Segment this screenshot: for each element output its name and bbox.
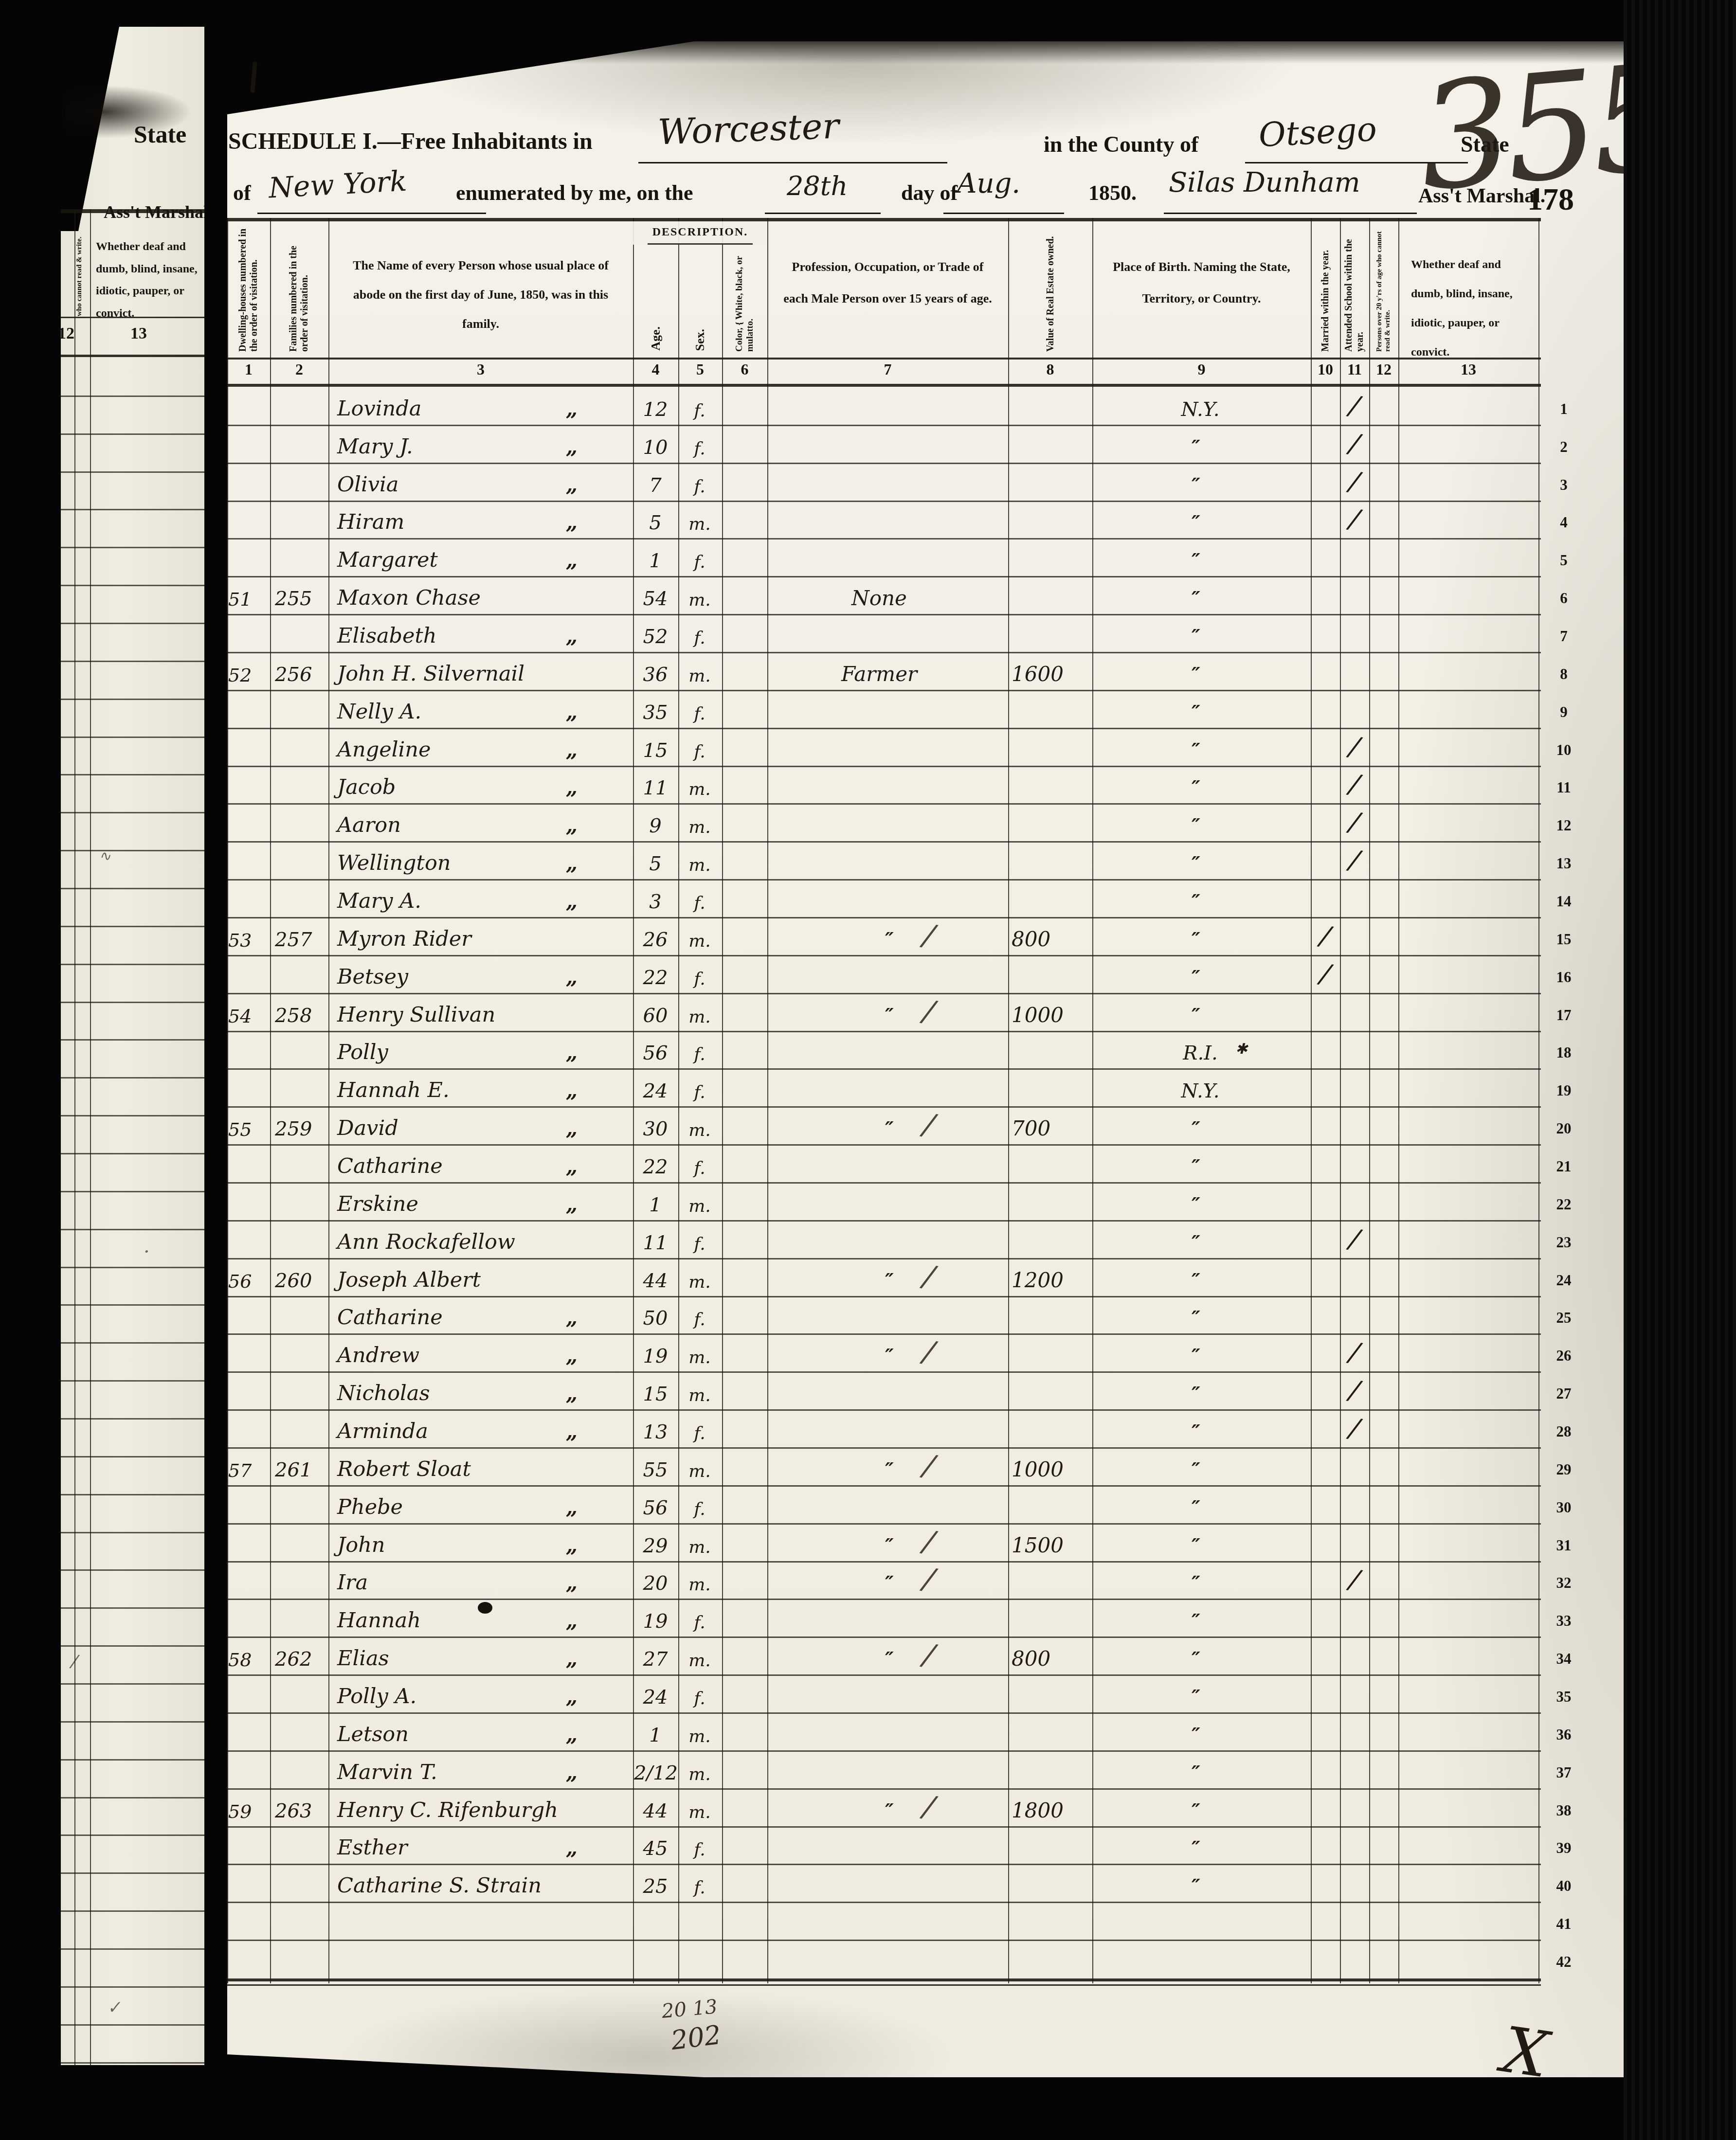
cell-school-mark: / (1338, 729, 1372, 765)
cell-sex: f. (678, 1878, 721, 1898)
fragment-row-line (61, 926, 204, 927)
census-row: Nelly A.„35f.″9 (227, 690, 1624, 728)
cell-name: Polly A. (337, 1684, 416, 1708)
line-number: 18 (1538, 1044, 1589, 1061)
cell-age: 44 (634, 1800, 677, 1822)
cell-birthplace-ditto: ″ (1192, 966, 1200, 989)
cell-dwelling-number: 53 (228, 930, 252, 951)
header-cell-12: Persons over 20 y'rs of age who cannot r… (1369, 222, 1398, 354)
day-of-label: day of (901, 180, 958, 205)
cell-name-ditto: „ (566, 1420, 578, 1443)
cell-name-ditto: „ (566, 624, 578, 648)
fragment-row-line (61, 1115, 204, 1116)
cell-name: Joseph Albert (337, 1268, 481, 1292)
fragment-row-line (61, 1910, 204, 1912)
cell-age: 11 (634, 777, 677, 799)
cell-birthplace-ditto: ″ (1192, 890, 1200, 913)
underline (257, 213, 486, 214)
cell-name-ditto: „ (566, 1571, 578, 1595)
cell-birthplace-ditto: ″ (1192, 928, 1200, 951)
cell-birthplace-ditto: ″ (1192, 436, 1200, 459)
torn-corner-top-left (227, 41, 694, 114)
census-row: 56260Joseph Albert44m.″/1200″24 (227, 1258, 1624, 1296)
line-number: 33 (1538, 1612, 1589, 1630)
cell-age: 15 (634, 1383, 677, 1405)
line-number: 5 (1538, 552, 1589, 569)
cell-birthplace-ditto: ″ (1192, 1269, 1200, 1292)
header-text: The Name of every Person whose usual pla… (328, 251, 633, 338)
cell-occupation-ditto: ″ (885, 1458, 894, 1481)
cell-age: 11 (634, 1232, 677, 1254)
census-row: Ira„20m.″/″/32 (227, 1561, 1624, 1599)
cell-name-ditto: „ (566, 1306, 578, 1330)
cell-birthplace-ditto: ″ (1192, 1496, 1200, 1519)
cell-name-ditto: „ (566, 738, 578, 762)
cell-name: Jacob (337, 775, 396, 799)
census-row: 41 (227, 1902, 1624, 1940)
cell-age: 19 (634, 1610, 677, 1633)
header-vertical-text: Persons over 20 y'rs of age who cannot r… (1375, 225, 1392, 352)
cell-age: 30 (634, 1118, 677, 1140)
column-number-9: 9 (1092, 360, 1311, 378)
cell-name-ditto: „ (566, 1192, 578, 1216)
line-number: 7 (1538, 628, 1589, 645)
cell-birthplace-ditto: ″ (1192, 1307, 1200, 1330)
header-cell-11: Attended School within the year. (1340, 222, 1369, 354)
cell-name-ditto: „ (566, 1533, 578, 1557)
line-number: 37 (1538, 1764, 1589, 1781)
cell-age: 24 (634, 1080, 677, 1102)
fragment-row-line (61, 2024, 204, 2026)
fragment-row-line (61, 396, 204, 397)
census-row: Margaret„1f.″5 (227, 538, 1624, 576)
cell-sex: f. (678, 742, 721, 762)
cell-family-number: 257 (275, 929, 312, 951)
line-number: 4 (1538, 514, 1589, 531)
census-row: 55259David„30m.″/700″20 (227, 1106, 1624, 1144)
cell-family-number: 256 (275, 664, 312, 686)
header-cell-5: Sex. (678, 245, 722, 354)
cell-name: John H. Silvernail (337, 662, 524, 686)
fragment-row-line (61, 547, 204, 548)
census-row: 59263Henry C. Rifenburgh44m.″/1800″38 (227, 1788, 1624, 1826)
header-text: Profession, Occupation, or Trade of each… (767, 251, 1008, 314)
cell-school-mark: / (1338, 426, 1372, 462)
cell-age: 29 (634, 1535, 677, 1557)
cell-name-ditto: „ (566, 1609, 578, 1633)
cell-dwelling-number: 58 (228, 1649, 252, 1671)
line-number: 28 (1538, 1423, 1589, 1440)
cell-birthplace-ditto: ″ (1192, 1648, 1200, 1671)
census-row: Andrew„19m.″/″/26 (227, 1333, 1624, 1371)
cell-name: Nelly A. (337, 700, 421, 724)
fragment-row-line (61, 812, 204, 813)
cell-married-mark: / (1308, 956, 1342, 992)
cell-name: Andrew (337, 1343, 419, 1367)
fragment-row-line (61, 1002, 204, 1003)
township-name: Worcester (657, 106, 840, 153)
census-row: 52256John H. Silvernail36m.Farmer1600″8 (227, 652, 1624, 690)
cell-name: Lovinda (337, 396, 421, 421)
cell-age: 10 (634, 436, 677, 459)
header-vertical-text: Attended School within the year. (1343, 225, 1366, 352)
grid-hline (227, 218, 1541, 221)
cell-occupation-slash: / (921, 1561, 937, 1598)
cell-sex: f. (678, 1082, 721, 1102)
cell-real-estate-value: 1600 (1012, 662, 1064, 686)
cell-occupation-ditto: ″ (885, 1799, 894, 1822)
cell-birthplace-ditto: ″ (1192, 663, 1200, 686)
cell-age: 24 (634, 1686, 677, 1708)
census-row: 58262Elias„27m.″/800″34 (227, 1636, 1624, 1674)
cell-dwelling-number: 51 (228, 589, 252, 610)
cell-occupation-slash: / (921, 1523, 937, 1560)
census-row: Polly„56f.R.I.✱18 (227, 1031, 1624, 1069)
cell-occupation-slash: / (921, 1258, 937, 1295)
census-row: John„29m.″/1500″31 (227, 1523, 1624, 1561)
cell-name-ditto: „ (566, 1761, 578, 1784)
line-number: 17 (1538, 1007, 1589, 1024)
cell-name-ditto: „ (566, 1041, 578, 1064)
cell-family-number: 260 (275, 1270, 312, 1292)
day-number: 28th (787, 171, 848, 201)
header-cell-7: Profession, Occupation, or Trade of each… (767, 222, 1008, 354)
cell-birthplace: N.Y. (1137, 1080, 1264, 1102)
cell-birthplace-ditto: ″ (1192, 1193, 1200, 1216)
cell-real-estate-value: 700 (1012, 1116, 1050, 1140)
cell-age: 9 (634, 815, 677, 837)
cell-name-ditto: „ (566, 510, 578, 534)
census-row: Mary A.„3f.″14 (227, 879, 1624, 917)
fragment-row-line (61, 1797, 204, 1798)
cell-occupation: None (796, 586, 962, 610)
cell-real-estate-value: 1000 (1012, 1457, 1064, 1481)
header-cell-6: Color, { White, black, or mulatto. (722, 245, 767, 354)
census-row: Jacob„11m.″/11 (227, 766, 1624, 804)
cell-sex: m. (678, 1764, 721, 1784)
cell-age: 1 (634, 550, 677, 572)
marshal-title: Ass't Marshal. (1418, 184, 1545, 208)
grid-hline (227, 1978, 1541, 1981)
cell-name: Aaron (337, 813, 401, 837)
cell-age: 1 (634, 1724, 677, 1746)
cell-sex: f. (678, 1499, 721, 1519)
cell-name: Myron Rider (337, 927, 471, 951)
cell-name-ditto: „ (566, 1116, 578, 1140)
cell-age: 26 (634, 929, 677, 951)
column-number-1: 1 (227, 360, 270, 378)
cell-name: Hiram (337, 510, 404, 534)
header-vertical-text: Sex. (693, 329, 707, 351)
cell-birthplace: N.Y. (1137, 398, 1264, 421)
cell-sex: m. (678, 1196, 721, 1216)
cell-name-ditto: „ (566, 397, 578, 421)
cell-age: 45 (634, 1837, 677, 1860)
fragment-stray-mark: / (70, 1651, 79, 1672)
fragment-row-line (61, 1077, 204, 1079)
fragment-rule (61, 355, 204, 357)
cell-sex: m. (678, 590, 721, 610)
cell-family-number: 258 (275, 1005, 312, 1027)
cell-school-mark: / (1338, 1562, 1372, 1598)
cell-real-estate-value: 800 (1012, 927, 1050, 951)
line-number: 39 (1538, 1839, 1589, 1857)
cell-real-estate-value: 1200 (1012, 1268, 1064, 1292)
fragment-thick-rule (61, 209, 204, 213)
cell-real-estate-value: 800 (1012, 1647, 1050, 1671)
cell-birthplace-star: ✱ (1235, 1041, 1248, 1058)
fragment-row-line (61, 1569, 204, 1571)
line-number: 34 (1538, 1650, 1589, 1668)
census-row: Erskine„1m.″22 (227, 1182, 1624, 1220)
census-row: 54258Henry Sullivan60m.″/1000″17 (227, 993, 1624, 1031)
column-number-13: 13 (1398, 360, 1538, 378)
census-row: Olivia„7f.″/3 (227, 463, 1624, 501)
cell-sex: f. (678, 628, 721, 648)
census-row: Catharine„50f.″25 (227, 1296, 1624, 1334)
cell-name-ditto: „ (566, 813, 578, 837)
cell-name-ditto: „ (566, 889, 578, 913)
fragment-vline (90, 209, 91, 2065)
bottom-right-x-mark: X (1498, 2013, 1553, 2077)
cell-name: Elisabeth (337, 624, 437, 648)
cell-name: Esther (337, 1835, 407, 1860)
cell-age: 55 (634, 1459, 677, 1481)
cell-name-ditto: „ (566, 965, 578, 989)
header-cell-4: Age. (633, 245, 678, 354)
cell-sex: m. (678, 1537, 721, 1557)
fragment-row-line (61, 1153, 204, 1154)
cell-occupation: Farmer (796, 662, 962, 686)
census-scan: State Ass't Marshal. who cannot read & w… (0, 0, 1736, 2140)
line-number: 22 (1538, 1196, 1589, 1213)
fragment-row-line (61, 774, 204, 775)
cell-name: Arminda (337, 1419, 428, 1443)
cell-name: Olivia (337, 472, 398, 497)
cell-birthplace-ditto: ″ (1192, 1875, 1200, 1898)
cell-sex: f. (678, 1423, 721, 1443)
cell-birthplace-ditto: ″ (1192, 474, 1200, 497)
line-number: 19 (1538, 1082, 1589, 1099)
census-row: Ann Rockafellow11f.″/23 (227, 1220, 1624, 1258)
cell-birthplace-ditto: ″ (1192, 1837, 1200, 1860)
fragment-row-line (61, 1532, 204, 1533)
fragment-row-line (61, 1607, 204, 1609)
description-label: DESCRIPTION. (633, 221, 767, 245)
cell-name: Henry Sullivan (337, 1003, 495, 1027)
cell-name-ditto: „ (566, 775, 578, 799)
cell-age: 3 (634, 891, 677, 913)
census-row: Hiram„5m.″/4 (227, 501, 1624, 539)
line-number: 30 (1538, 1499, 1589, 1516)
cell-occupation-slash: / (921, 992, 937, 1029)
cell-name-ditto: „ (566, 1723, 578, 1746)
cell-sex: m. (678, 1272, 721, 1292)
cell-sex: m. (678, 855, 721, 875)
line-number: 20 (1538, 1120, 1589, 1137)
cell-sex: m. (678, 779, 721, 799)
line-number: 29 (1538, 1461, 1589, 1478)
header-vertical-text: who cannot read & write. (75, 219, 84, 316)
census-row: Aaron„9m.″/12 (227, 803, 1624, 841)
line-number: 36 (1538, 1726, 1589, 1744)
cell-birthplace-ditto: ″ (1192, 1799, 1200, 1822)
census-row: 42 (227, 1940, 1624, 1978)
cell-birthplace-ditto: ″ (1192, 511, 1200, 534)
header-vertical-text: Families numbered in the order of visita… (288, 225, 310, 352)
cell-age: 50 (634, 1307, 677, 1330)
header-cell-10: Married within the year. (1311, 222, 1340, 354)
cell-birthplace-ditto: ″ (1192, 1610, 1200, 1633)
line-number: 26 (1538, 1347, 1589, 1365)
line-number: 32 (1538, 1574, 1589, 1592)
cell-occupation-ditto: ″ (885, 1572, 894, 1595)
census-row: Catharine S. Strain25f.″40 (227, 1864, 1624, 1902)
cell-family-number: 261 (275, 1459, 312, 1481)
cell-sex: m. (678, 931, 721, 951)
fragment-row-line (61, 1304, 204, 1306)
cell-name: David (337, 1116, 398, 1140)
census-row: Angeline„15f.″/10 (227, 728, 1624, 766)
schedule-title: SCHEDULE I.—Free Inhabitants in (228, 128, 593, 155)
cell-name: Maxon Chase (337, 586, 481, 610)
cell-family-number: 255 (275, 588, 312, 610)
cell-name-ditto: „ (566, 1685, 578, 1708)
cell-family-number: 263 (275, 1800, 312, 1822)
column-number-10: 10 (1311, 360, 1340, 378)
cell-sex: f. (678, 401, 721, 421)
cell-name: Henry C. Rifenburgh (337, 1798, 558, 1822)
cell-birthplace-ditto: ″ (1192, 1231, 1200, 1254)
fragment-row-line (61, 1456, 204, 1457)
cell-name: Hannah E. (337, 1078, 450, 1102)
fragment-row-line (61, 1418, 204, 1420)
film-edge-right (1624, 0, 1736, 2140)
cell-occupation-ditto: ″ (885, 1004, 894, 1027)
cell-age: 56 (634, 1497, 677, 1519)
marshal-signature: Silas Dunham (1169, 167, 1360, 198)
column-number-11: 11 (1340, 360, 1369, 378)
fragment-row-line (61, 2062, 204, 2064)
census-row: Wellington„5m.″/13 (227, 841, 1624, 879)
cell-age: 27 (634, 1648, 677, 1671)
line-number: 6 (1538, 590, 1589, 607)
census-row: Polly A.„24f.″35 (227, 1674, 1624, 1712)
fragment-row-line (61, 1948, 204, 1950)
cell-sex: m. (678, 1120, 721, 1140)
fragment-row-line (61, 661, 204, 662)
cell-occupation-slash: / (921, 1788, 937, 1825)
cell-occupation-ditto: ″ (885, 928, 894, 951)
cell-name: Mary A. (337, 889, 421, 913)
header-text: Place of Birth. Naming the State, Territ… (1092, 251, 1311, 314)
cell-name: Mary J. (337, 434, 413, 459)
cell-birthplace-ditto: ″ (1192, 739, 1200, 762)
cell-name-ditto: „ (566, 1344, 578, 1367)
cell-real-estate-value: 1800 (1012, 1798, 1064, 1822)
cell-school-mark: / (1338, 842, 1372, 878)
column-number-8: 8 (1008, 360, 1092, 378)
fragment-row-line (61, 433, 204, 435)
header-cell-3: The Name of every Person whose usual pla… (328, 222, 633, 354)
header-cell-8: Value of Real Estate owned. (1008, 222, 1092, 354)
line-number: 9 (1538, 703, 1589, 721)
cell-occupation-ditto: ″ (885, 1345, 894, 1367)
description-underline (648, 243, 753, 245)
cell-occupation-slash: / (921, 1333, 937, 1370)
cell-occupation-ditto: ″ (885, 1117, 894, 1140)
cell-sex: f. (678, 893, 721, 913)
cell-name: Hannah (337, 1608, 421, 1633)
fragment-row-line (61, 623, 204, 624)
cell-sex: m. (678, 817, 721, 837)
cell-family-number: 259 (275, 1118, 312, 1140)
census-row: Betsey„22f.″/16 (227, 955, 1624, 993)
cell-age: 36 (634, 664, 677, 686)
line-number: 25 (1538, 1309, 1589, 1327)
cell-birthplace-ditto: ″ (1192, 852, 1200, 875)
cell-sex: f. (678, 477, 721, 497)
line-number: 2 (1538, 438, 1589, 456)
cell-sex: m. (678, 666, 721, 686)
cell-birthplace-ditto: ″ (1192, 1686, 1200, 1708)
cell-sex: m. (678, 1651, 721, 1671)
cell-birthplace-ditto: ″ (1192, 625, 1200, 648)
line-number: 42 (1538, 1953, 1589, 1971)
cell-name: Erskine (337, 1192, 418, 1216)
fragment-row-line (61, 850, 204, 851)
column-number-12: 12 (1369, 360, 1398, 378)
footer-mark-bottom: 202 (669, 2019, 723, 2056)
fragment-row-line (61, 1683, 204, 1685)
cell-school-mark: / (1338, 767, 1372, 803)
of-label: of (233, 180, 251, 205)
cell-name: Wellington (337, 851, 451, 875)
cell-birthplace-ditto: ″ (1192, 549, 1200, 572)
fragment-row-line (61, 1380, 204, 1382)
column-number-3: 3 (328, 360, 633, 378)
census-row: Catharine„22f.″21 (227, 1144, 1624, 1182)
year-label: 1850. (1088, 180, 1137, 205)
cell-birthplace-ditto: ″ (1192, 1458, 1200, 1481)
fragment-stray-mark: · (144, 1241, 150, 1263)
census-row: Arminda„13f.″/28 (227, 1409, 1624, 1447)
line-number: 16 (1538, 969, 1589, 986)
census-row: Letson„1m.″36 (227, 1712, 1624, 1750)
cell-dwelling-number: 55 (228, 1119, 252, 1140)
column-number-7: 7 (767, 360, 1008, 378)
cell-age: 12 (634, 398, 677, 421)
cell-birthplace-ditto: ″ (1192, 587, 1200, 610)
cell-sex: f. (678, 1689, 721, 1708)
cell-name: Ann Rockafellow (337, 1230, 515, 1254)
header-vertical-text: Age. (649, 326, 663, 351)
cell-school-mark: / (1338, 805, 1372, 841)
census-row: 57261Robert Sloat55m.″/1000″29 (227, 1447, 1624, 1485)
cell-name: John (337, 1533, 385, 1557)
cell-sex: f. (678, 969, 721, 989)
line-number: 41 (1538, 1915, 1589, 1933)
fragment-row-line (61, 1759, 204, 1761)
line-number: 24 (1538, 1272, 1589, 1289)
line-number: 27 (1538, 1385, 1589, 1403)
header-cell-9: Place of Birth. Naming the State, Territ… (1092, 222, 1311, 354)
cell-age: 5 (634, 853, 677, 875)
cell-name: Nicholas (337, 1381, 430, 1405)
census-row: Nicholas„15m.″/27 (227, 1371, 1624, 1409)
cell-birthplace-ditto: ″ (1192, 1421, 1200, 1443)
underline (1164, 213, 1417, 214)
